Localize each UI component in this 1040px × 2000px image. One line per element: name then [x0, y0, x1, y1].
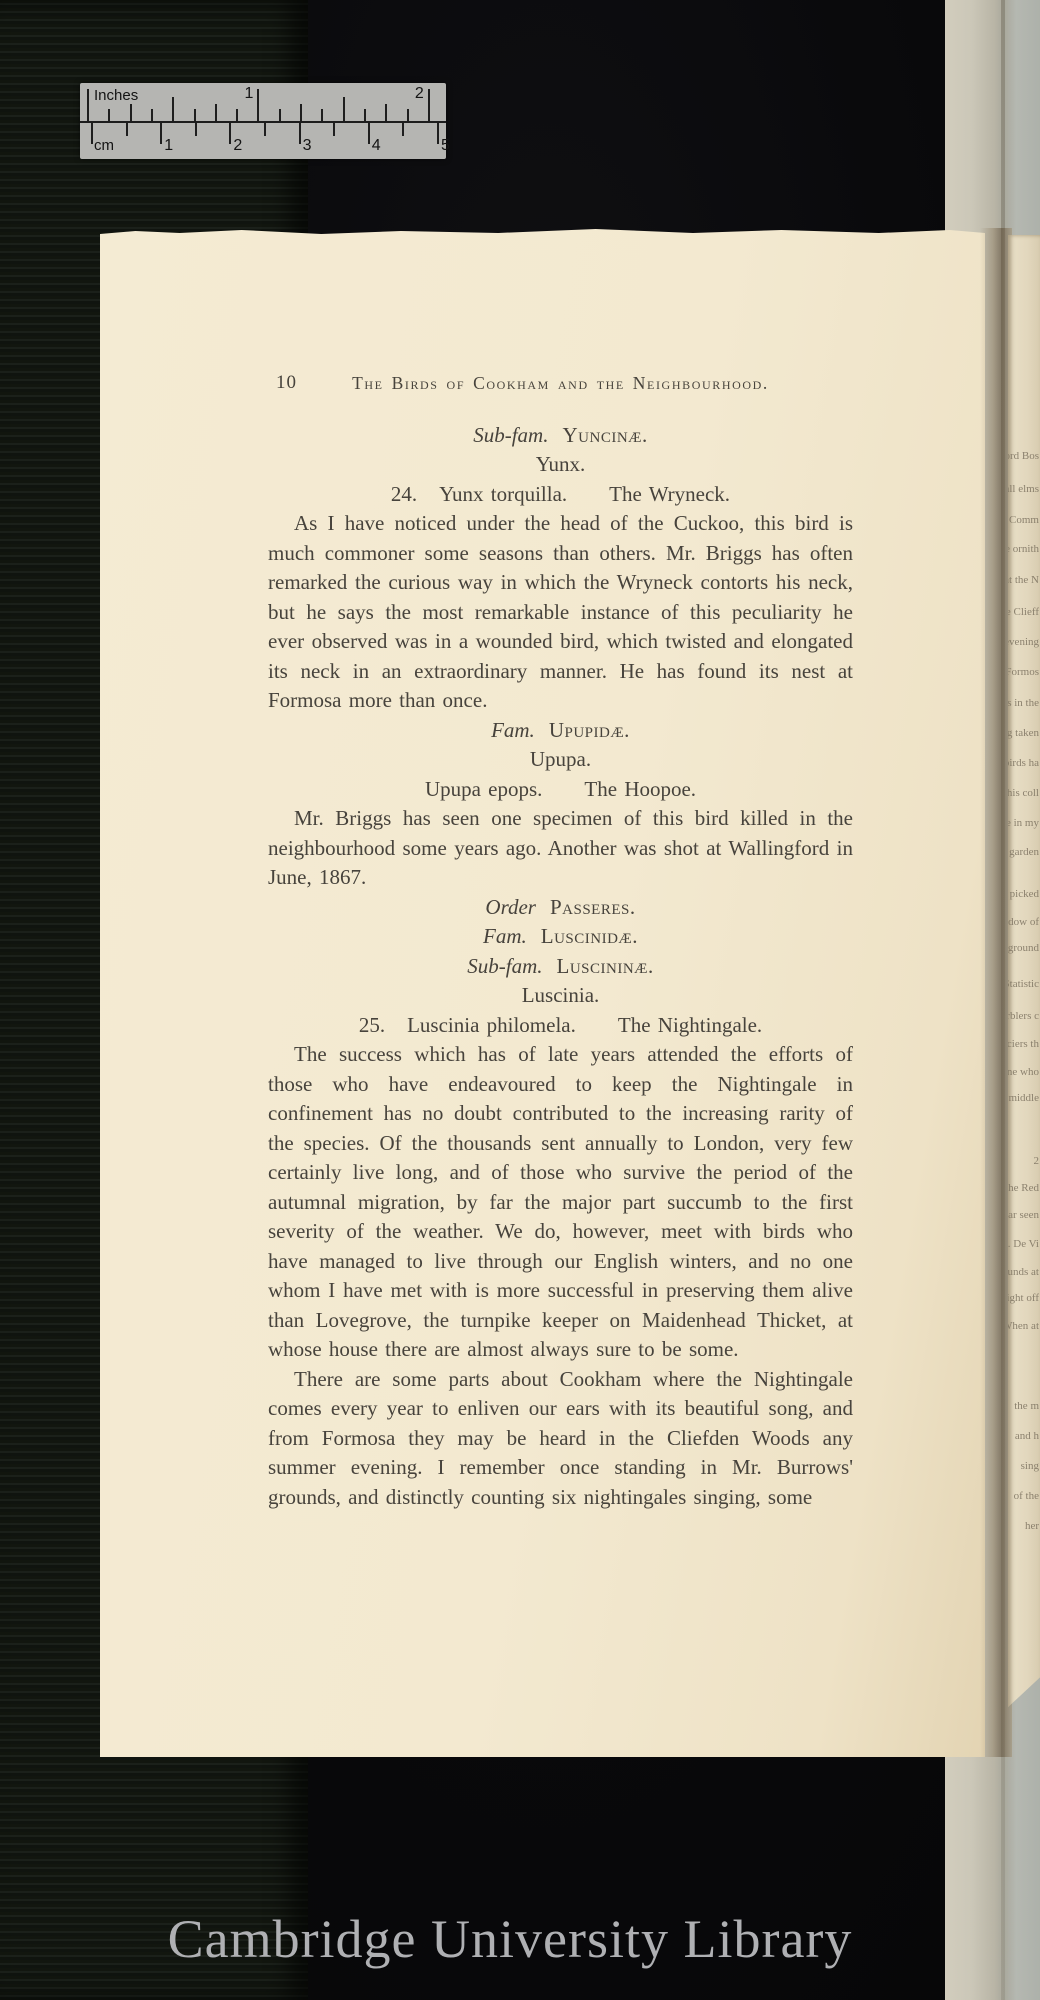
species-common: The Hoopoe.: [584, 777, 696, 801]
edge-text-fragment: fanciers th: [1008, 1038, 1039, 1050]
edge-text-fragment: widow of: [1008, 916, 1039, 928]
edge-text-fragment: of the: [1014, 1490, 1039, 1502]
edge-text-fragment: the birds ha: [1008, 757, 1039, 769]
ruler-cm-tick: [299, 123, 301, 144]
edge-text-fragment: Lord Bos: [1008, 450, 1039, 462]
ruler-inch-tick: [321, 109, 323, 121]
edge-text-fragment: warblers c: [1008, 1010, 1039, 1022]
edge-text-fragment: pounds at: [1008, 1266, 1039, 1278]
subfam-label: Sub-fam.: [467, 954, 542, 978]
edge-text-fragment: side in my: [1008, 817, 1039, 829]
ruler-cm-number: 2: [233, 137, 242, 155]
species-latin: Upupa epops.: [425, 777, 542, 801]
ruler-inch-number: 1: [233, 85, 253, 103]
ruler-cm-tick: [160, 123, 162, 144]
ruler-inch-tick: [385, 104, 387, 121]
paragraph-nightingale-1: The success which has of late years atte…: [268, 1040, 853, 1365]
order-name: Passeres.: [550, 895, 636, 919]
photographed-book-scene: Inches cm 1212345 10 The Birds of Cookha…: [0, 0, 1040, 2000]
ruler-inch-number: 2: [404, 85, 424, 103]
ruler-cm-tick: [229, 123, 231, 144]
edge-text-fragment: some ornith: [1008, 543, 1039, 555]
paragraph-wryneck: As I have noticed under the head of the …: [268, 509, 853, 716]
edge-text-fragment: When at: [1008, 1320, 1039, 1332]
ruler-cm-tick: [126, 123, 128, 136]
species-line-wryneck: 24.Yunx torquilla.The Wryneck.: [268, 480, 853, 510]
edge-text-fragment: years in the: [1008, 697, 1039, 709]
ruler-inch-tick: [172, 97, 174, 121]
genus-heading-yunx: Yunx.: [268, 450, 853, 480]
order-heading-passeres: OrderPasseres.: [268, 893, 853, 923]
edge-text-fragment: being taken: [1008, 727, 1039, 739]
species-latin: Yunx torquilla.: [439, 482, 567, 506]
running-head: 10 The Birds of Cookham and the Neighbou…: [268, 368, 853, 399]
fam-name: Upupidæ.: [549, 718, 630, 742]
edge-text-fragment: At Formos: [1008, 666, 1039, 678]
ruler-cm-number: 4: [372, 137, 381, 155]
edge-text-fragment: the m: [1014, 1400, 1039, 1412]
subfamily-heading-luscininae: Sub-fam.Luscininæ.: [268, 952, 853, 982]
edge-text-fragment: Statistic: [1008, 978, 1039, 990]
edge-text-fragment: the ground: [1008, 942, 1039, 954]
species-common: The Wryneck.: [609, 482, 730, 506]
ruler-cm-tick: [264, 123, 266, 136]
edge-text-fragment: the evening: [1008, 636, 1039, 648]
ruler-inch-tick: [428, 89, 430, 121]
edge-text-fragment: and h: [1015, 1430, 1039, 1442]
ruler-inch-tick: [343, 97, 345, 121]
ruler-cm-number: 5: [441, 137, 450, 155]
family-heading-luscinidae: Fam.Luscinidæ.: [268, 922, 853, 952]
edge-text-fragment: the middle: [1008, 1092, 1039, 1104]
ruler-inch-tick: [194, 109, 196, 121]
species-number: 24.: [391, 482, 417, 506]
facing-page-edge: Lord Bostall elmsMay Commsome ornithnigh…: [1008, 235, 1040, 1722]
subfamily-heading-yuncinae: Sub-fam.Yuncinæ.: [268, 421, 853, 451]
ruler-cm-tick: [333, 123, 335, 136]
edge-text-fragment: May Comm: [1008, 514, 1039, 526]
ruler-cm-tick: [402, 123, 404, 136]
order-label: Order: [485, 895, 536, 919]
running-title: The Birds of Cookham and the Neighbourho…: [352, 373, 769, 393]
edge-text-fragment: their garden: [1008, 846, 1039, 858]
species-common: The Nightingale.: [618, 1013, 762, 1037]
genus-heading-luscinia: Luscinia.: [268, 981, 853, 1011]
ruler-inch-tick: [215, 104, 217, 121]
family-heading-upupidae: Fam.Upupidæ.: [268, 716, 853, 746]
species-line-nightingale: 25.Luscinia philomela.The Nightingale.: [268, 1011, 853, 1041]
edge-text-fragment: her: [1025, 1520, 1039, 1532]
edge-text-fragment: Mrs. De Vi: [1008, 1238, 1039, 1250]
ruler-cm-number: 3: [303, 137, 312, 155]
species-number: 25.: [359, 1013, 385, 1037]
paragraph-hoopoe: Mr. Briggs has seen one specimen of this…: [268, 804, 853, 893]
ruler-midline: [80, 121, 446, 123]
edge-text-fragment: night the N: [1008, 574, 1039, 586]
ruler-inch-tick: [407, 109, 409, 121]
ruler-cm-tick: [91, 123, 93, 144]
edge-text-fragment: we picked: [1008, 888, 1039, 900]
page-number: 10: [276, 368, 297, 398]
genus-heading-upupa: Upupa.: [268, 745, 853, 775]
page-text-column: 10 The Birds of Cookham and the Neighbou…: [268, 368, 853, 1512]
ruler-inches-label: Inches: [94, 87, 138, 104]
edge-text-fragment: tall elms: [1008, 483, 1039, 495]
ruler-cm-number: 1: [164, 137, 173, 155]
ruler: Inches cm 1212345: [80, 83, 446, 159]
book-page: 10 The Birds of Cookham and the Neighbou…: [100, 228, 985, 1757]
subfam-name: Yuncinæ.: [562, 423, 647, 447]
edge-text-fragment: The Red: [1008, 1182, 1039, 1194]
ruler-inch-tick: [87, 89, 89, 121]
edge-text-fragment: done who: [1008, 1066, 1039, 1078]
page-gutter-shadow: [980, 228, 1012, 1757]
ruler-cm-tick: [368, 123, 370, 144]
ruler-inch-tick: [236, 109, 238, 121]
species-line-hoopoe: Upupa epops.The Hoopoe.: [268, 775, 853, 805]
subfam-name: Luscininæ.: [557, 954, 654, 978]
paragraph-nightingale-2: There are some parts about Cookham where…: [268, 1365, 853, 1513]
species-latin: Luscinia philomela.: [407, 1013, 576, 1037]
ruler-inch-tick: [130, 104, 132, 121]
ruler-cm-tick: [195, 123, 197, 136]
fam-name: Luscinidæ.: [541, 924, 638, 948]
edge-text-fragment: year seen: [1008, 1209, 1039, 1221]
edge-text-fragment: the Clieff: [1008, 606, 1039, 618]
library-watermark: Cambridge University Library: [0, 1908, 1030, 1970]
fam-label: Fam.: [483, 924, 527, 948]
subfam-label: Sub-fam.: [473, 423, 548, 447]
ruler-inch-tick: [151, 109, 153, 121]
edge-text-fragment: This coll: [1008, 787, 1039, 799]
ruler-inch-tick: [108, 109, 110, 121]
ruler-cm-label: cm: [94, 137, 114, 154]
edge-text-fragment: sing: [1021, 1460, 1039, 1472]
ruler-inch-tick: [364, 109, 366, 121]
ruler-inch-tick: [257, 89, 259, 121]
ruler-inch-tick: [279, 109, 281, 121]
fam-label: Fam.: [491, 718, 535, 742]
ruler-cm-tick: [437, 123, 439, 144]
edge-text-fragment: 2: [1034, 1155, 1040, 1167]
ruler-inch-tick: [300, 104, 302, 121]
edge-text-fragment: night off: [1008, 1292, 1039, 1304]
